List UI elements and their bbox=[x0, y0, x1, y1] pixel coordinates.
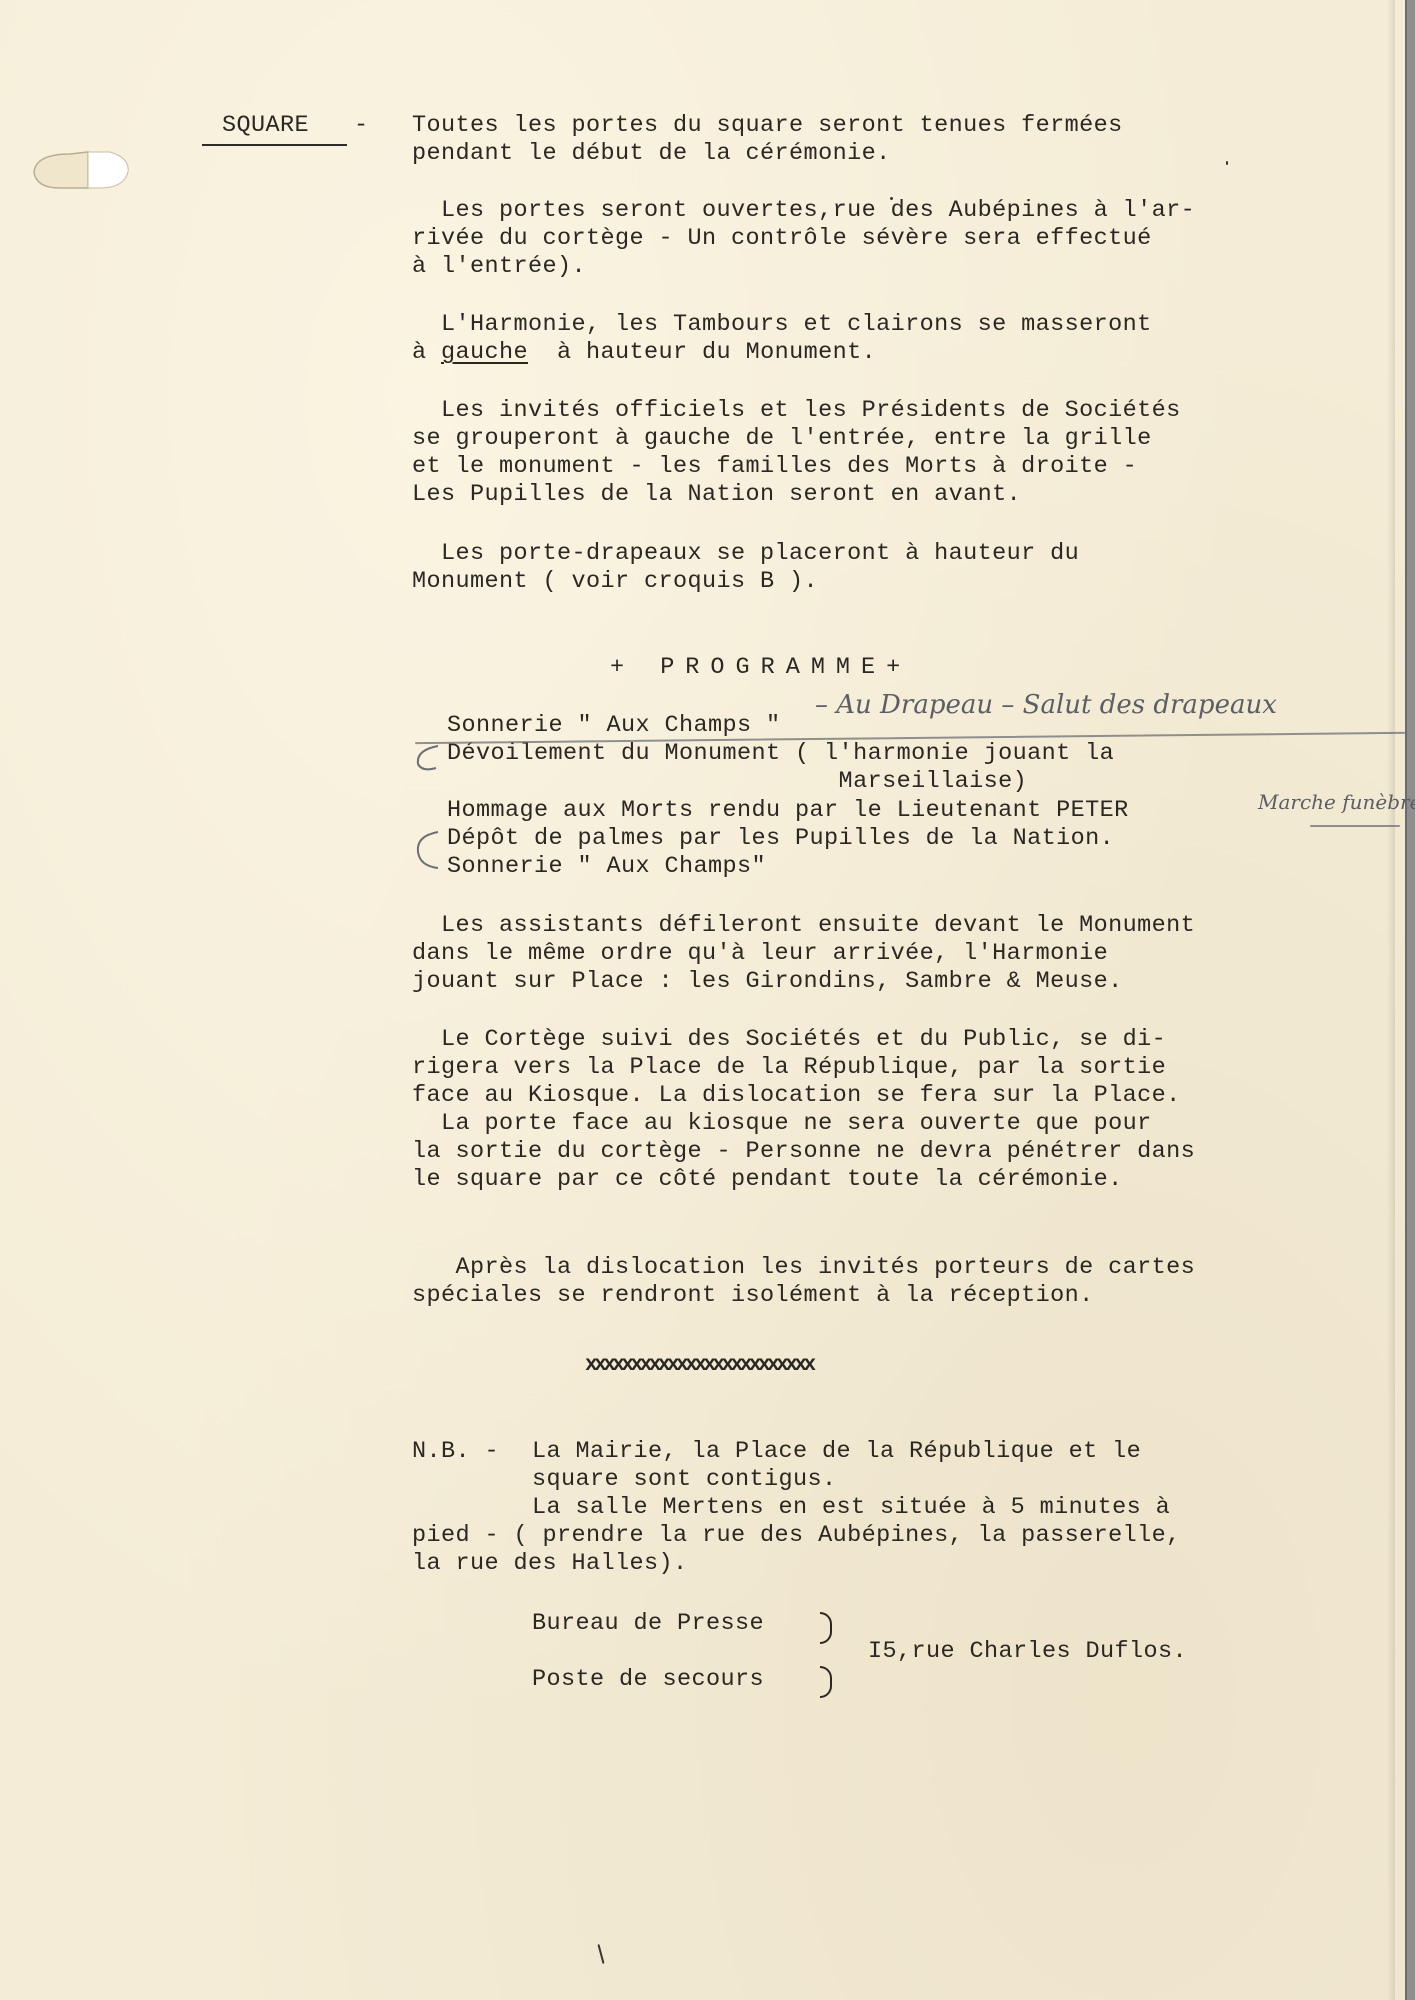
after-p2-line3: face au Kiosque. La dislocation se fera … bbox=[412, 1082, 1181, 1110]
brace-bottom bbox=[820, 1666, 832, 1698]
square-p2-line3: à l'entrée). bbox=[412, 253, 586, 281]
nb-line5: la rue des Halles). bbox=[412, 1550, 688, 1578]
after-p2-line1: Le Cortège suivi des Sociétés et du Publ… bbox=[412, 1026, 1166, 1054]
page-edge-shadow bbox=[1387, 0, 1395, 2000]
programme-item-5: Sonnerie " Aux Champs" bbox=[447, 853, 766, 881]
handwritten-note-drapeau: – Au Drapeau – Salut des drapeaux bbox=[815, 690, 1277, 720]
separator-line: xxxxxxxxxxxxxxxxxxxxxxxxx bbox=[585, 1352, 813, 1380]
section-heading-square: SQUARE bbox=[222, 112, 309, 140]
contact-address: I5,rue Charles Duflos. bbox=[868, 1638, 1187, 1666]
contact-poste-secours: Poste de secours bbox=[532, 1666, 764, 1694]
programme-item-1: Sonnerie " Aux Champs " bbox=[447, 712, 781, 740]
pencil-underline bbox=[1310, 825, 1400, 827]
square-p5-line1: Les porte-drapeaux se placeront à hauteu… bbox=[412, 540, 1079, 568]
after-p2-line2: rigera vers la Place de la République, p… bbox=[412, 1054, 1166, 1082]
after-p2-line5: la sortie du cortège - Personne ne devra… bbox=[412, 1138, 1195, 1166]
after-p3-line2: spéciales se rendront isolément à la réc… bbox=[412, 1282, 1094, 1310]
nb-label: N.B. - bbox=[412, 1438, 499, 1466]
square-p4-line4: Les Pupilles de la Nation seront en avan… bbox=[412, 481, 1021, 509]
text-a: à bbox=[412, 339, 441, 366]
contact-bureau-presse: Bureau de Presse bbox=[532, 1610, 764, 1638]
square-p3-line2: à gauche à hauteur du Monument. bbox=[412, 339, 876, 367]
programme-item-4: Dépôt de palmes par les Pupilles de la N… bbox=[447, 825, 1114, 853]
after-p3-line1: Après la dislocation les invités porteur… bbox=[412, 1254, 1195, 1282]
nb-line4: pied - ( prendre la rue des Aubépines, l… bbox=[412, 1522, 1181, 1550]
square-p4-line3: et le monument - les familles des Morts … bbox=[412, 453, 1137, 481]
square-p4-line2: se grouperont à gauche de l'entrée, entr… bbox=[412, 425, 1152, 453]
paper-clip-tear-icon bbox=[30, 148, 140, 192]
square-p2-line2: rivée du cortège - Un contrôle sévère se… bbox=[412, 225, 1152, 253]
square-p5-line2: Monument ( voir croquis B ). bbox=[412, 568, 818, 596]
document-page: SQUARE - Toutes les portes du square ser… bbox=[0, 0, 1407, 2000]
square-p4-line1: Les invités officiels et les Présidents … bbox=[412, 397, 1181, 425]
paper-speck bbox=[890, 197, 893, 200]
heading-dash: - bbox=[354, 112, 369, 140]
programme-item-2b: Marseillaise) bbox=[447, 768, 1027, 796]
after-p2-line6: le square par ce côté pendant toute la c… bbox=[412, 1166, 1123, 1194]
after-p1-line3: jouant sur Place : les Girondins, Sambre… bbox=[412, 968, 1123, 996]
paper-speck bbox=[1226, 161, 1228, 165]
text-rest: à hauteur du Monument. bbox=[528, 339, 876, 366]
nb-line2: square sont contigus. bbox=[532, 1466, 837, 1494]
programme-title: + PROGRAMME+ bbox=[610, 654, 911, 682]
after-p1-line1: Les assistants défileront ensuite devant… bbox=[412, 912, 1195, 940]
pencil-bracket-icon bbox=[410, 740, 440, 880]
after-p2-line4: La porte face au kiosque ne sera ouverte… bbox=[412, 1110, 1152, 1138]
programme-item-2: Dévoilement du Monument ( l'harmonie jou… bbox=[447, 740, 1114, 768]
paper-mark bbox=[597, 1944, 604, 1964]
underlined-gauche: gauche bbox=[441, 339, 528, 366]
square-p1-line1: Toutes les portes du square seront tenue… bbox=[412, 112, 1123, 140]
after-p1-line2: dans le même ordre qu'à leur arrivée, l'… bbox=[412, 940, 1108, 968]
square-p1-line2: pendant le début de la cérémonie. bbox=[412, 140, 891, 168]
nb-line3: La salle Mertens en est située à 5 minut… bbox=[532, 1494, 1170, 1522]
square-p2-line1: Les portes seront ouvertes,rue des Aubép… bbox=[412, 197, 1195, 225]
brace-top bbox=[820, 1612, 832, 1644]
programme-item-3: Hommage aux Morts rendu par le Lieutenan… bbox=[447, 797, 1129, 825]
nb-line1: La Mairie, la Place de la République et … bbox=[532, 1438, 1141, 1466]
handwritten-note-marche-funebre: Marche funèbre bbox=[1258, 790, 1415, 814]
square-p3-line1: L'Harmonie, les Tambours et clairons se … bbox=[412, 311, 1152, 339]
heading-underline bbox=[202, 144, 347, 146]
